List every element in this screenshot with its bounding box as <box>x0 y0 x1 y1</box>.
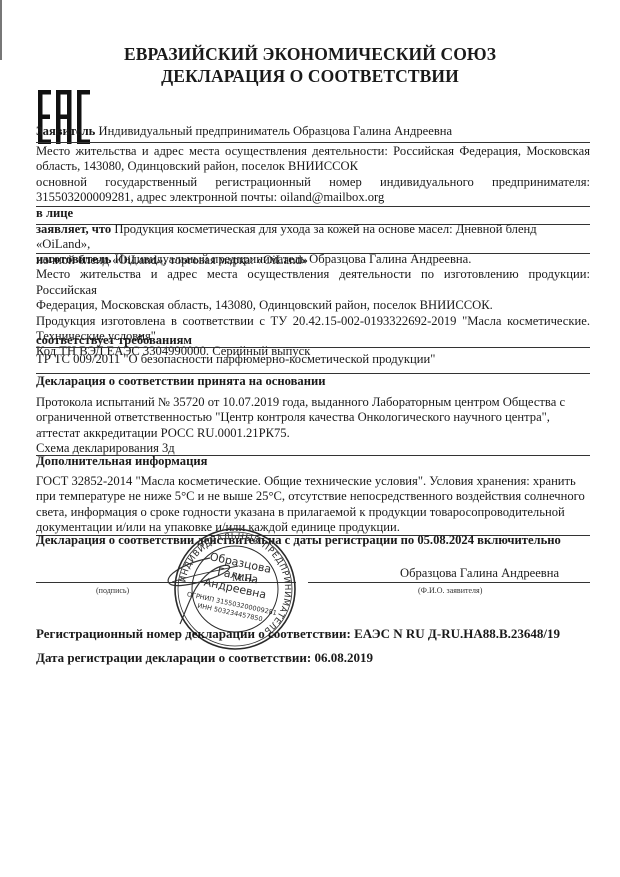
registration-number-row: Регистрационный номер декларации о соотв… <box>36 626 590 641</box>
applicant-address: Место жительства и адрес места осуществл… <box>36 144 590 206</box>
applicant-label: Заявитель <box>36 124 95 138</box>
additional-line: света, информация о сроке годности указа… <box>36 505 590 520</box>
product-description: Продукция косметическая для ухода за кож… <box>36 222 537 251</box>
union-title: ЕВРАЗИЙСКИЙ ЭКОНОМИЧЕСКИЙ СОЮЗ <box>0 44 620 65</box>
registration-number: ЕАЭС N RU Д-RU.НА88.В.23648/19 <box>354 626 560 641</box>
svg-text:М.П.: М.П. <box>232 572 255 584</box>
registration-date: 06.08.2019 <box>314 650 373 665</box>
basis-label: Декларация о соответствии принята на осн… <box>36 374 590 389</box>
additional-line: при температуре не ниже 5°С и не выше 25… <box>36 489 590 504</box>
basis-line: аттестат аккредитации РОСС RU.0001.21РК7… <box>36 426 590 441</box>
registration-date-label: Дата регистрации декларации о соответств… <box>36 650 314 665</box>
manufacturer-value: Индивидуальный предприниматель Образцова… <box>111 252 471 266</box>
declares-label: заявляет, что <box>36 222 111 236</box>
name-caption: (Ф.И.О. заявителя) <box>418 586 482 595</box>
represented-by-label: в лице <box>36 206 590 221</box>
basis-block: Протокола испытаний № 35720 от 10.07.201… <box>36 395 590 457</box>
applicant-email-line: 315503200009281, адрес электронной почты… <box>36 190 590 205</box>
manufacturer-address-line: Место жительства и адрес места осуществл… <box>36 267 590 298</box>
registration-date-row: Дата регистрации декларации о соответств… <box>36 650 590 665</box>
document-title: ДЕКЛАРАЦИЯ О СООТВЕТСТВИИ <box>0 66 620 87</box>
manufacturer-label: изготовитель <box>36 252 111 266</box>
manufacturing-standard: Продукция изготовлена в соответствии с Т… <box>36 314 590 329</box>
applicant-name: Образцова Галина Андреевна <box>400 566 559 581</box>
additional-line: ГОСТ 32852-2014 "Масла косметические. Об… <box>36 474 590 489</box>
applicant-address-line: Место жительства и адрес места осуществл… <box>36 144 590 159</box>
applicant-value: Индивидуальный предприниматель Образцова… <box>95 124 452 138</box>
signature-caption: (подпись) <box>96 586 129 595</box>
basis-line: ограниченной ответственностью "Центр кон… <box>36 410 590 425</box>
registration-number-label: Регистрационный номер декларации о соотв… <box>36 626 354 641</box>
additional-block: ГОСТ 32852-2014 "Масла косметические. Об… <box>36 474 590 536</box>
validity-text: Декларация о соответствии действительна … <box>36 533 590 548</box>
manufacturer-address-line: Федерация, Московская область, 143080, О… <box>36 298 590 313</box>
requirements-value: ТР ТС 009/2011 "О безопасности парфюмерн… <box>36 352 590 367</box>
applicant-address-line: область, 143080, Одинцовский район, посе… <box>36 159 590 174</box>
name-line <box>308 582 590 583</box>
applicant-row: Заявитель Индивидуальный предприниматель… <box>36 124 590 139</box>
additional-label: Дополнительная информация <box>36 454 590 469</box>
basis-line: Протокола испытаний № 35720 от 10.07.201… <box>36 395 590 410</box>
applicant-ogrn-line: основной государственный регистрационный… <box>36 175 590 190</box>
divider <box>36 142 590 143</box>
requirements-label: соответствует требованиям <box>36 333 590 348</box>
